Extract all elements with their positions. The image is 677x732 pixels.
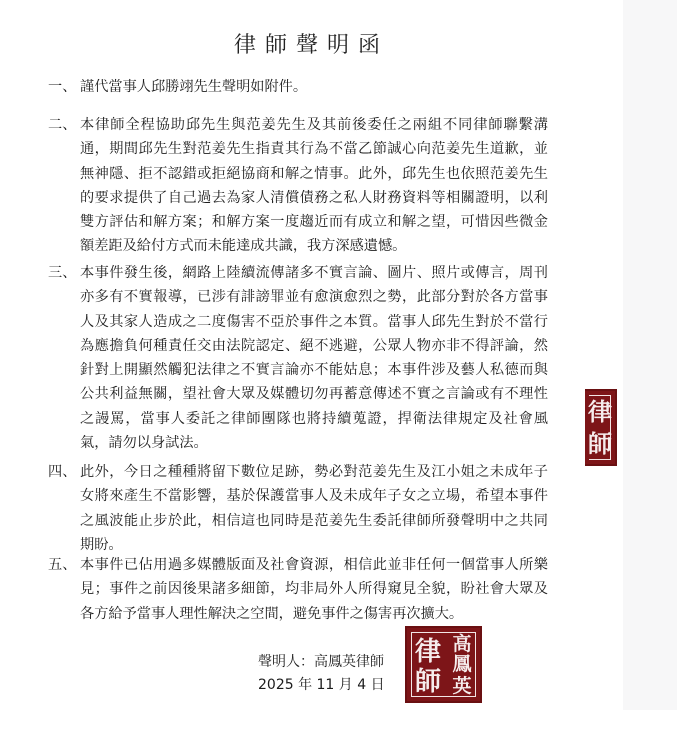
declarant: 聲明人：高鳳英律師 [258,651,385,674]
signature-block: 聲明人：高鳳英律師 2025 年 11 月 4 日 [258,651,385,697]
paragraph-text: 本事件發生後，網路上陸續流傳諸多不實言論、圖片、照片或傳言，周刊亦多有不實報導，… [80,261,548,455]
page-margin-strip [623,0,677,710]
paragraph-number: 四、 [48,460,80,484]
seal-glyph: 英 [447,676,477,696]
lawyer-seal-stamp: 高 鳳 英 律 師 [405,626,482,703]
paragraph-text: 謹代當事人邱勝翊先生聲明如附件。 [80,75,548,99]
paragraph-3: 三、 本事件發生後，網路上陸續流傳諸多不實言論、圖片、照片或傳言，周刊亦多有不實… [48,261,548,455]
side-seal-stamp: 律 師 [585,389,617,466]
paragraph-number: 三、 [48,261,80,285]
paragraph-5: 五、 本事件已佔用過多媒體版面及社會資源，相信此並非任何一個當事人所樂見；事件之… [48,553,548,626]
paragraph-text: 本事件已佔用過多媒體版面及社會資源，相信此並非任何一個當事人所樂見；事件之前因後… [80,553,548,626]
paragraph-4: 四、 此外，今日之種種將留下數位足跡，勢必對范姜先生及江小姐之未成年子女將來產生… [48,460,548,557]
paragraph-text: 本律師全程協助邱先生與范姜先生及其前後委任之兩組不同律師聯繫溝通，期間邱先生對范… [80,113,548,259]
paragraph-1: 一、 謹代當事人邱勝翊先生聲明如附件。 [48,75,548,99]
paragraph-2: 二、 本律師全程協助邱先生與范姜先生及其前後委任之兩組不同律師聯繫溝通，期間邱先… [48,113,548,259]
paragraph-text: 此外，今日之種種將留下數位足跡，勢必對范姜先生及江小姐之未成年子女將來產生不當影… [80,460,548,557]
seal-glyph: 高 [447,634,477,654]
signature-date: 2025 年 11 月 4 日 [258,674,385,697]
paragraph-number: 一、 [48,75,80,99]
seal-glyph: 鳳 [447,654,477,674]
seal-glyph: 律 [413,638,443,666]
paragraph-number: 五、 [48,553,80,577]
seal-glyph: 律 [587,397,613,427]
seal-glyph: 師 [413,668,443,696]
seal-glyph: 師 [587,429,613,459]
document-title: 律師聲明函 [0,28,623,59]
paragraph-number: 二、 [48,113,80,137]
letter-page: 律師聲明函 一、 謹代當事人邱勝翊先生聲明如附件。 二、 本律師全程協助邱先生與… [0,0,623,732]
